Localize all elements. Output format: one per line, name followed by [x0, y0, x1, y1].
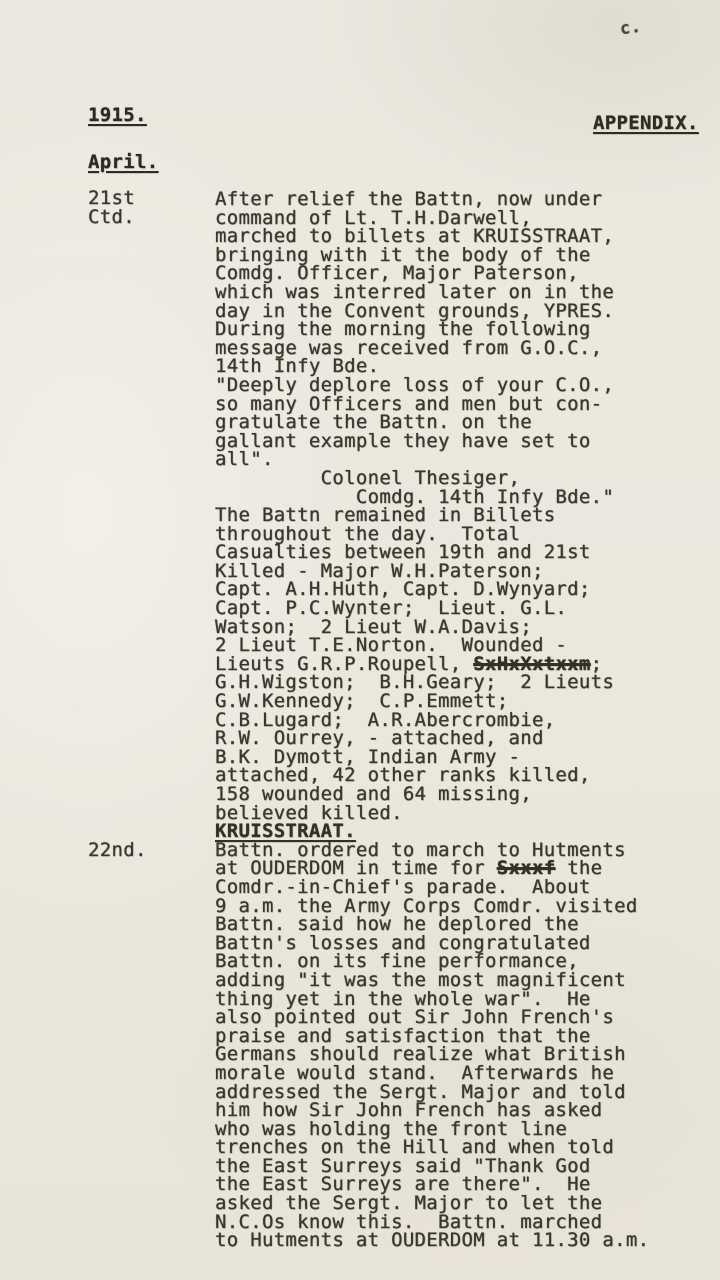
body-line: Casualties between 19th and 21st: [215, 541, 649, 560]
body-line: gallant example they have set to: [215, 430, 649, 449]
body-line: asked the Sergt. Major to let the: [215, 1192, 649, 1211]
body-line: G.H.Wigston; B.H.Geary; 2 Lieuts: [215, 671, 649, 690]
body-line: to Hutments at OUDERDOM at 11.30 a.m.: [215, 1229, 649, 1248]
body-line: addressed the Sergt. Major and told: [215, 1081, 649, 1100]
page-corner-mark: c.: [619, 17, 643, 40]
body-line: 9 a.m. the Army Corps Comdr. visited: [215, 895, 649, 914]
margin-date-label: Ctd.: [88, 206, 135, 228]
body-line: message was received from G.O.C.,: [215, 337, 649, 356]
body-line: adding "it was the most magnificent: [215, 969, 649, 988]
body-line: him how Sir John French has asked: [215, 1099, 649, 1118]
body-line: KRUISSTRAAT.: [215, 820, 649, 839]
body-line: R.W. Ourrey, - attached, and: [215, 727, 649, 746]
body-line: Watson; 2 Lieut W.A.Davis;: [215, 616, 649, 635]
body-line: Colonel Thesiger,: [215, 467, 649, 486]
body-line: Battn. ordered to march to Hutments: [215, 839, 649, 858]
body-line: "Deeply deplore loss of your C.O.,: [215, 374, 649, 393]
body-line: Capt. A.H.Huth, Capt. D.Wynyard;: [215, 578, 649, 597]
body-line: throughout the day. Total: [215, 523, 649, 542]
body-line: Comdr.-in-Chief's parade. About: [215, 876, 649, 895]
body-line: Comdg. 14th Infy Bde.": [215, 486, 649, 505]
body-line: Battn's losses and congratulated: [215, 932, 649, 951]
body-line: C.B.Lugard; A.R.Abercrombie,: [215, 709, 649, 728]
body-line: N.C.Os know this. Battn. marched: [215, 1211, 649, 1230]
appendix-heading: APPENDIX.: [593, 112, 699, 134]
body-line: at OUDERDOM in time for Sxxxf the: [215, 857, 649, 876]
body-line: the East Surreys said "Thank God: [215, 1155, 649, 1174]
month-heading: April.: [88, 151, 158, 173]
body-line: so many Officers and men but con-: [215, 393, 649, 412]
body-line: During the morning the following: [215, 318, 649, 337]
margin-date-label: 22nd.: [88, 839, 147, 861]
body-line: trenches on the Hill and when told: [215, 1136, 649, 1155]
body-line: Germans should realize what British: [215, 1043, 649, 1062]
body-line: praise and satisfaction that the: [215, 1025, 649, 1044]
document-page: c. 1915. APPENDIX. April. 21stCtd.22nd. …: [0, 0, 720, 1280]
body-line: bringing with it the body of the: [215, 244, 649, 263]
body-line: thing yet in the whole war". He: [215, 988, 649, 1007]
body-column: After relief the Battn, now undercommand…: [215, 188, 649, 1248]
body-line: Lieuts G.R.P.Roupell, SxHxXxtxxm;: [215, 653, 649, 672]
body-line: 2 Lieut T.E.Norton. Wounded -: [215, 634, 649, 653]
body-line: attached, 42 other ranks killed,: [215, 764, 649, 783]
body-line: which was interred later on in the: [215, 281, 649, 300]
body-line: day in the Convent grounds, YPRES.: [215, 300, 649, 319]
body-line: also pointed out Sir John French's: [215, 1006, 649, 1025]
body-line: morale would stand. Afterwards he: [215, 1062, 649, 1081]
body-line: After relief the Battn, now under: [215, 188, 649, 207]
body-line: the East Surreys are there". He: [215, 1173, 649, 1192]
year-heading: 1915.: [88, 104, 147, 126]
body-line: B.K. Dymott, Indian Army -: [215, 746, 649, 765]
body-line: marched to billets at KRUISSTRAAT,: [215, 225, 649, 244]
